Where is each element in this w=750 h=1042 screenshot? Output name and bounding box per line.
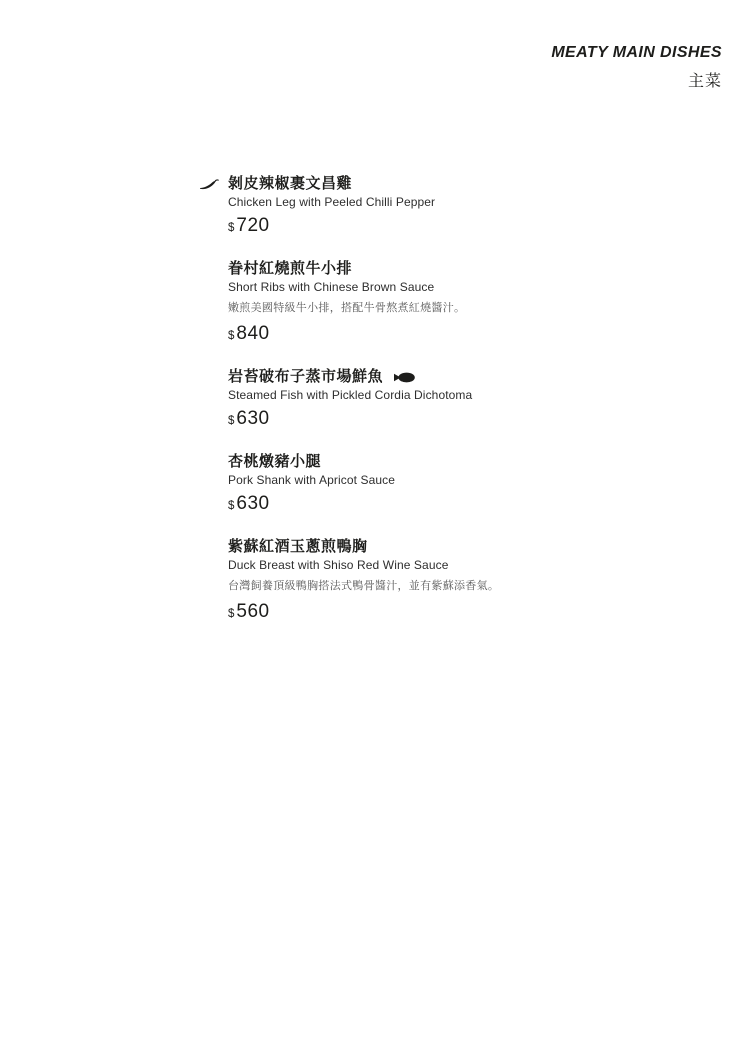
dish-price: $ 840 <box>228 323 668 347</box>
menu-item: 眷村紅燒煎牛小排 Short Ribs with Chinese Brown S… <box>228 259 668 347</box>
chili-pepper-icon <box>199 177 221 192</box>
menu-item: 紫蘇紅酒玉蔥煎鴨胸 Duck Breast with Shiso Red Win… <box>228 537 668 625</box>
currency-symbol: $ <box>228 217 234 239</box>
dish-name-row: 岩苔破布子蒸市場鮮魚 <box>228 367 668 387</box>
price-value: 560 <box>236 601 269 623</box>
menu-list: 剝皮辣椒裹文昌雞 Chicken Leg with Peeled Chilli … <box>228 174 668 645</box>
menu-page: MEATY MAIN DISHES 主菜 剝皮辣椒裹文昌雞 Chicken Le… <box>0 0 750 1042</box>
dish-name-row: 紫蘇紅酒玉蔥煎鴨胸 <box>228 537 668 557</box>
dish-name-zh: 杏桃燉豬小腿 <box>228 452 321 472</box>
dish-name-row: 杏桃燉豬小腿 <box>228 452 668 472</box>
dish-price: $ 560 <box>228 601 668 625</box>
dish-name-row: 眷村紅燒煎牛小排 <box>228 259 668 279</box>
dish-name-en: Chicken Leg with Peeled Chilli Pepper <box>228 194 668 210</box>
currency-symbol: $ <box>228 410 234 432</box>
dish-name-zh: 眷村紅燒煎牛小排 <box>228 259 352 279</box>
dish-name-en: Steamed Fish with Pickled Cordia Dichoto… <box>228 387 668 403</box>
menu-item: 岩苔破布子蒸市場鮮魚 Steamed Fish with Pickled Cor… <box>228 367 668 432</box>
price-value: 840 <box>236 323 269 345</box>
dish-name-zh: 剝皮辣椒裹文昌雞 <box>228 174 352 194</box>
price-value: 630 <box>236 408 269 430</box>
section-title-chinese: 主菜 <box>551 73 722 91</box>
dish-price: $ 630 <box>228 493 668 517</box>
dish-price: $ 720 <box>228 215 668 239</box>
price-value: 720 <box>236 215 269 237</box>
currency-symbol: $ <box>228 495 234 517</box>
fish-icon <box>394 371 415 384</box>
menu-item: 杏桃燉豬小腿 Pork Shank with Apricot Sauce $ 6… <box>228 452 668 517</box>
dish-name-zh: 紫蘇紅酒玉蔥煎鴨胸 <box>228 537 368 557</box>
dish-name-en: Duck Breast with Shiso Red Wine Sauce <box>228 557 668 573</box>
dish-description: 台灣飼養頂級鴨胸搭法式鴨骨醬汁，並有紫蘇添香氣。 <box>228 578 668 594</box>
dish-name-row: 剝皮辣椒裹文昌雞 <box>228 174 668 194</box>
currency-symbol: $ <box>228 325 234 347</box>
dish-name-en: Pork Shank with Apricot Sauce <box>228 472 668 488</box>
price-value: 630 <box>236 493 269 515</box>
menu-item: 剝皮辣椒裹文昌雞 Chicken Leg with Peeled Chilli … <box>228 174 668 239</box>
page-header: MEATY MAIN DISHES 主菜 <box>551 44 722 91</box>
currency-symbol: $ <box>228 603 234 625</box>
dish-name-zh: 岩苔破布子蒸市場鮮魚 <box>228 367 383 387</box>
dish-price: $ 630 <box>228 408 668 432</box>
section-title-english: MEATY MAIN DISHES <box>551 44 722 62</box>
dish-name-en: Short Ribs with Chinese Brown Sauce <box>228 279 668 295</box>
dish-description: 嫩煎美國特級牛小排，搭配牛骨熬煮紅燒醬汁。 <box>228 300 668 316</box>
